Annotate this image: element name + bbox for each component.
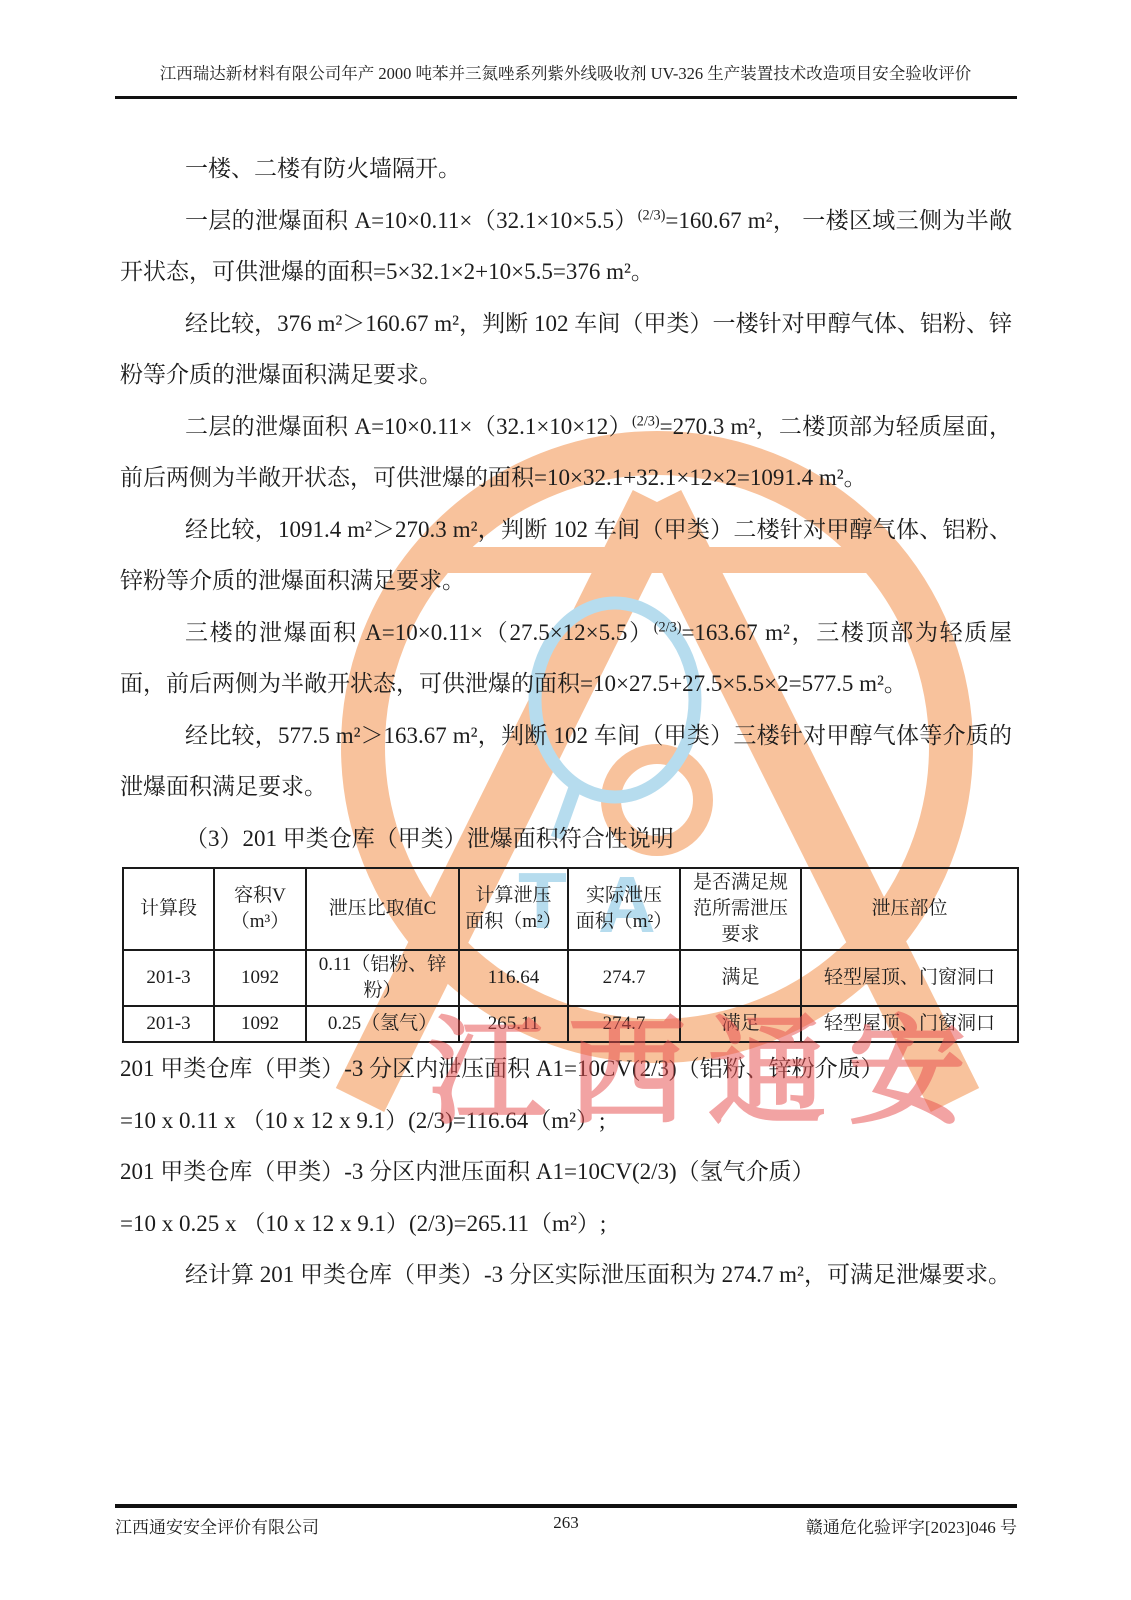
para-floor1-conclusion: 经比较，376 m²＞160.67 m²，判断 102 车间（甲类）一楼针对甲醇…	[120, 298, 1012, 401]
footer-doc-number: 赣通危化验评字[2023]046 号	[806, 1513, 1017, 1538]
table-header-cell: 计算泄压 面积（m²）	[459, 868, 568, 950]
formula-text: 三楼的泄爆面积 A=10×0.11×（27.5×12×5.5）	[185, 620, 654, 645]
formula-dust-calculation: =10 x 0.11 x （10 x 12 x 9.1）(2/3)=116.64…	[120, 1095, 1012, 1147]
para-floor2-vent-area: 二层的泄爆面积 A=10×0.11×（32.1×10×12）(2/3)=270.…	[120, 401, 1012, 504]
para-floor1-vent-area: 一层的泄爆面积 A=10×0.11×（32.1×10×5.5）(2/3)=160…	[120, 195, 1012, 298]
table-header-row: 计算段 容积V （m³） 泄压比取值C 计算泄压 面积（m²） 实际泄压 面积（…	[123, 868, 1018, 950]
table-cell: 轻型屋顶、门窗洞口	[801, 1006, 1018, 1042]
table-cell: 0.11（铝粉、锌粉）	[306, 950, 459, 1006]
para-firewall: 一楼、二楼有防火墙隔开。	[120, 143, 1012, 195]
table-cell: 1092	[214, 1006, 306, 1042]
vent-pressure-table: 计算段 容积V （m³） 泄压比取值C 计算泄压 面积（m²） 实际泄压 面积（…	[122, 867, 1019, 1043]
formula-exponent: (2/3)	[638, 207, 666, 223]
table-cell: 274.7	[568, 950, 680, 1006]
formula-hydrogen-calculation: =10 x 0.25 x （10 x 12 x 9.1）(2/3)=265.11…	[120, 1198, 1012, 1250]
table-header-cell: 实际泄压 面积（m²）	[568, 868, 680, 950]
para-floor3-vent-area: 三楼的泄爆面积 A=10×0.11×（27.5×12×5.5）(2/3)=163…	[120, 607, 1012, 710]
para-floor2-conclusion: 经比较，1091.4 m²＞270.3 m²，判断 102 车间（甲类）二楼针对…	[120, 504, 1012, 607]
table-cell: 满足	[680, 950, 801, 1006]
table-row: 201-3 1092 0.25（氢气） 265.11 274.7 满足 轻型屋顶…	[123, 1006, 1018, 1042]
page-footer: 263 江西通安安全评价有限公司 赣通危化验评字[2023]046 号	[115, 1504, 1017, 1538]
document-body: 一楼、二楼有防火墙隔开。 一层的泄爆面积 A=10×0.11×（32.1×10×…	[120, 143, 1012, 1301]
table-cell: 274.7	[568, 1006, 680, 1042]
table-row: 201-3 1092 0.11（铝粉、锌粉） 116.64 274.7 满足 轻…	[123, 950, 1018, 1006]
table-cell: 265.11	[459, 1006, 568, 1042]
footer-company: 江西通安安全评价有限公司	[115, 1513, 319, 1538]
table-header-cell: 泄压部位	[801, 868, 1018, 950]
table-cell: 0.25（氢气）	[306, 1006, 459, 1042]
formula-exponent: (2/3)	[632, 413, 660, 429]
table-cell: 201-3	[123, 950, 214, 1006]
para-zone3-formula-hydrogen-title: 201 甲类仓库（甲类）-3 分区内泄压面积 A1=10CV(2/3)（氢气介质…	[120, 1146, 1012, 1198]
para-floor3-conclusion: 经比较，577.5 m²＞163.67 m²，判断 102 车间（甲类）三楼针对…	[120, 710, 1012, 813]
section-heading-3: （3）201 甲类仓库（甲类）泄爆面积符合性说明	[120, 813, 1012, 865]
table-header-cell: 计算段	[123, 868, 214, 950]
para-zone3-formula-dust-title: 201 甲类仓库（甲类）-3 分区内泄压面积 A1=10CV(2/3)（铝粉、锌…	[120, 1043, 1012, 1095]
table-header-cell: 容积V （m³）	[214, 868, 306, 950]
formula-text: 二层的泄爆面积 A=10×0.11×（32.1×10×12）	[185, 414, 632, 439]
table-cell: 满足	[680, 1006, 801, 1042]
para-final-conclusion: 经计算 201 甲类仓库（甲类）-3 分区实际泄压面积为 274.7 m²，可满…	[120, 1249, 1012, 1301]
table-header-cell: 泄压比取值C	[306, 868, 459, 950]
page-header-title: 江西瑞达新材料有限公司年产 2000 吨苯并三氮唑系列紫外线吸收剂 UV-326…	[0, 0, 1131, 86]
formula-text: 一层的泄爆面积 A=10×0.11×（32.1×10×5.5）	[185, 208, 638, 233]
header-rule	[115, 96, 1017, 99]
table-header-cell: 是否满足规 范所需泄压 要求	[680, 868, 801, 950]
table-cell: 轻型屋顶、门窗洞口	[801, 950, 1018, 1006]
table-cell: 116.64	[459, 950, 568, 1006]
table-cell: 1092	[214, 950, 306, 1006]
document-page: T A 江西通安 江西瑞达新材料有限公司年产 2000 吨苯并三氮唑系列紫外线吸…	[0, 0, 1131, 1600]
table-cell: 201-3	[123, 1006, 214, 1042]
formula-exponent: (2/3)	[654, 619, 682, 635]
